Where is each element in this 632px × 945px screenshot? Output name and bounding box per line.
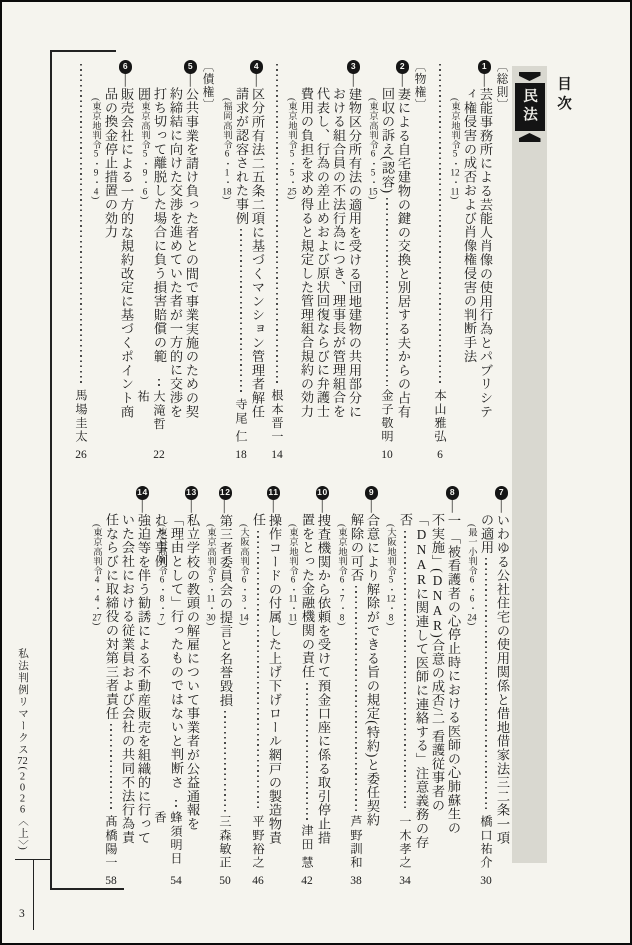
entry-author: 金子敬明 bbox=[379, 389, 395, 443]
entry-title-col: 10―捜査機関から依頼を受けて預金口座に係る取引停止措 bbox=[315, 486, 331, 886]
toc-entry-8: 8―一 「被看護者の心停止時における医師の心肺蘇生の不実施」(DNAR)合意の成… bbox=[384, 486, 461, 886]
top-corner-line bbox=[50, 50, 116, 52]
entry-number-badge: 8 bbox=[446, 486, 460, 500]
law-section-label: 民法 bbox=[518, 72, 542, 142]
entry-author: 橋口祐介 bbox=[478, 815, 494, 869]
pagenum-mark-vertical bbox=[33, 859, 34, 930]
entry-title-line: の適用 bbox=[478, 513, 494, 554]
entry-number-badge: 13 bbox=[185, 486, 199, 500]
dotted-leader bbox=[158, 379, 160, 387]
entry-title-line: 請求が認容された事例 bbox=[233, 87, 249, 225]
toc-page: 目次 民法 〔総則〕1―芸能事務所による芸能人肖像の使用行為とパブリシティ権侵害… bbox=[0, 0, 632, 945]
entry-title-col: 5―公共事業を請け負った者との間で事業実施のための契 bbox=[183, 60, 199, 460]
entry-title-col: 14―強迫等を伴う勧誘による不動産販売を組織的に行って bbox=[135, 486, 151, 886]
dotted-leader bbox=[110, 724, 112, 812]
entry-title-line: ―第三者委員会の提言と名誉毀損 bbox=[217, 500, 233, 707]
entry-number-badge: 4 bbox=[250, 60, 264, 74]
entry-title-col: 「DNARに関連して医師に連絡する」注意義務の存 bbox=[413, 486, 429, 886]
entry-author: 髙橋陽一 bbox=[103, 815, 119, 869]
entry-title-col: 任平野裕之46 bbox=[250, 486, 266, 886]
entry-title-col: 2―妻による自宅建物の鍵の交換と別居する夫からの占有 bbox=[395, 60, 411, 460]
toc-entry-9: 9―合意により解除ができる旨の規定(特約)と委任契約解除の可否芦野訓和38(東京… bbox=[335, 486, 380, 886]
dotted-leader bbox=[439, 64, 441, 386]
entry-number-badge: 10 bbox=[316, 486, 330, 500]
toc-entry-10: 10―捜査機関から依頼を受けて預金口座に係る取引停止措置をとった金融機関の責任津… bbox=[286, 486, 331, 886]
entry-page: 10 bbox=[379, 449, 395, 461]
entry-title-line: 置をとった金融機関の責任 bbox=[299, 513, 315, 679]
dotted-leader bbox=[404, 531, 406, 812]
entry-author: 本山雅弘 bbox=[432, 389, 448, 443]
entry-citation: (東京地判令5・12・11) bbox=[448, 60, 461, 460]
toc-entry-2: 〔物権〕2―妻による自宅建物の鍵の交換と別居する夫からの占有回収の訴え(認容)金… bbox=[366, 60, 428, 460]
entry-author: 津田 慧 bbox=[299, 824, 315, 869]
entry-title-col: 12―第三者委員会の提言と名誉毀損三森敏正50 bbox=[217, 486, 233, 886]
dotted-leader bbox=[80, 64, 82, 386]
entry-title-line: 打ち切って離脱した場合に負う損害賠償の範囲 bbox=[151, 87, 167, 375]
entry-title-col: 置をとった金融機関の責任津田 慧42 bbox=[299, 486, 315, 886]
left-border-line bbox=[50, 50, 52, 889]
entry-title-col: 否一木孝之34 bbox=[397, 486, 413, 886]
entry-number-badge: 14 bbox=[136, 486, 150, 500]
entry-page: 30 bbox=[478, 875, 494, 887]
entry-title-col: 不実施」(DNAR)合意の成否/二 看護従事者の bbox=[429, 486, 445, 886]
entry-citation: (東京高判令6・5・15) bbox=[366, 60, 379, 460]
entry-title-col: 13―私立学校の教頭の解雇について事業者が公益通報を bbox=[184, 486, 200, 886]
entry-author: 一木孝之 bbox=[397, 815, 413, 869]
entry-author: 大滝哲祐 bbox=[151, 390, 167, 444]
bottom-end-line bbox=[50, 888, 124, 890]
entry-author: 平野裕之 bbox=[250, 815, 266, 869]
entry-citation: (東京地判令5・5・25) bbox=[285, 60, 298, 460]
dotted-leader bbox=[276, 64, 278, 386]
entry-title-line: 「理由として」行ったものではないと判断された事例 bbox=[168, 513, 184, 796]
entry-title-col: 4―区分所有法二五条二項に基づくマンション管理者解任 bbox=[249, 60, 265, 460]
entry-title-col: 請求が認容された事例寺尾 仁18 bbox=[233, 60, 249, 460]
entry-page: 54 bbox=[168, 875, 184, 887]
entry-title-line: 解除の可否 bbox=[348, 513, 364, 582]
entry-citation: (東京地判令6・11・11) bbox=[286, 486, 299, 886]
entry-number-badge: 11 bbox=[267, 486, 281, 500]
entry-title-line: 回収の訴え(認容) bbox=[379, 87, 395, 194]
entry-page: 14 bbox=[269, 449, 285, 461]
toc-entry-4: 4―区分所有法二五条二項に基づくマンション管理者解任請求が認容された事例寺尾 仁… bbox=[220, 60, 265, 460]
entry-page: 42 bbox=[299, 875, 315, 887]
entry-title-col: 1―芸能事務所による芸能人肖像の使用行為とパブリシテ bbox=[477, 60, 493, 460]
entry-author: 蜂須明日香 bbox=[168, 811, 184, 869]
toc-entry-6: 6―販売会社による一方的な規約改定に基づくポイント商品の換金停止措置の効力(東京… bbox=[73, 60, 134, 460]
toc-entry-14: 14―強迫等を伴う勧誘による不動産販売を組織的に行っていた会社における従業員およ… bbox=[90, 486, 151, 886]
toc-entry-11: 11―操作コードの付属した上げ下げロール網戸の製造物責任平野裕之46(大阪高判令… bbox=[237, 486, 282, 886]
entry-author-col: 馬場圭太26 bbox=[73, 60, 89, 460]
entry-page: 6 bbox=[432, 449, 448, 461]
toc-entry-1: 〔総則〕1―芸能事務所による芸能人肖像の使用行為とパブリシティ権侵害の成否および… bbox=[432, 60, 510, 460]
dotted-leader bbox=[306, 683, 308, 822]
entry-number-badge: 1 bbox=[478, 60, 492, 74]
section-header: 〔総則〕 bbox=[493, 60, 510, 460]
entry-author: 馬場圭太 bbox=[73, 389, 89, 443]
entry-title-col: 任ならびに取締役の対第三者責任髙橋陽一58 bbox=[103, 486, 119, 886]
entry-title-col: の適用橋口祐介30 bbox=[478, 486, 494, 886]
entry-title-col: 約締結に向けた交渉を進めていた者が一方的に交渉を bbox=[167, 60, 183, 460]
entry-title-col: 8―一 「被看護者の心停止時における医師の心肺蘇生の bbox=[445, 486, 461, 886]
entry-title-col: おける組合員の不法行為につき、理事長が管理組合を bbox=[330, 60, 346, 460]
law-section-text: 民法 bbox=[515, 83, 545, 131]
entry-title-col: ィ権侵害の成否および肖像権侵害の判断手法 bbox=[461, 60, 477, 460]
entry-title-col: 7―いわゆる公社住宅の使用関係と借地借家法三二条一項 bbox=[494, 486, 510, 886]
entry-author: 根本晋一 bbox=[269, 389, 285, 443]
toc-entry-3: 3―建物区分所有法の適用を受ける団地建物の共用部分における組合員の不法行為につき… bbox=[269, 60, 362, 460]
entry-citation: (大阪地判令5・12・8) bbox=[384, 486, 397, 886]
toc-tier-top: 〔総則〕1―芸能事務所による芸能人肖像の使用行為とパブリシティ権侵害の成否および… bbox=[48, 60, 510, 460]
section-header: 〔物権〕 bbox=[411, 60, 428, 460]
entry-citation: (東京地判令6・7・8) bbox=[335, 486, 348, 886]
entry-citation: (東京高判令5・11・30) bbox=[204, 486, 217, 886]
entry-title-col: 打ち切って離脱した場合に負う損害賠償の範囲大滝哲祐22 bbox=[151, 60, 167, 460]
dotted-leader bbox=[224, 711, 226, 813]
entry-title-col: 回収の訴え(認容)金子敬明10 bbox=[379, 60, 395, 460]
entry-title-col: 11―操作コードの付属した上げ下げロール網戸の製造物責 bbox=[266, 486, 282, 886]
dotted-leader bbox=[485, 558, 487, 812]
entry-number-badge: 12 bbox=[219, 486, 233, 500]
entry-title-col: 費用の負担を求め得ると規定した管理組合規約の効力 bbox=[298, 60, 314, 460]
entry-citation: (東京高判令4・4・27) bbox=[90, 486, 103, 886]
entry-citation: (大阪高判令6・3・14) bbox=[237, 486, 250, 886]
entry-page: 46 bbox=[250, 875, 266, 887]
entry-title-col: いた会社における従業員および会社の共同不法行為責 bbox=[119, 486, 135, 886]
bracket-top-icon bbox=[519, 72, 541, 81]
entry-title-col: 解除の可否芦野訓和38 bbox=[348, 486, 364, 886]
journal-title-sidebar: 私法判例リマークス72(2026〈上〉) bbox=[15, 648, 30, 851]
entry-number-badge: 7 bbox=[495, 486, 509, 500]
entry-author-col: 根本晋一14 bbox=[269, 60, 285, 460]
entry-citation: (東京地判令5・9・4) bbox=[89, 60, 102, 460]
toc-entry-5: 〔債権〕5―公共事業を請け負った者との間で事業実施のための契約締結に向けた交渉を… bbox=[138, 60, 216, 460]
entry-title-line: 任ならびに取締役の対第三者責任 bbox=[103, 513, 119, 720]
page-number: 3 bbox=[19, 908, 25, 920]
dotted-leader bbox=[386, 198, 388, 387]
entry-number-badge: 6 bbox=[119, 60, 133, 74]
bracket-bottom-icon bbox=[519, 133, 541, 142]
entry-citation: (東京高判令6・8・7) bbox=[155, 486, 168, 886]
entry-title-col: 3―建物区分所有法の適用を受ける団地建物の共用部分に bbox=[346, 60, 362, 460]
dotted-leader bbox=[355, 586, 357, 812]
entry-page: 58 bbox=[103, 875, 119, 887]
entry-citation: (福岡高判令6・1・18) bbox=[220, 60, 233, 460]
entry-page: 22 bbox=[151, 449, 167, 461]
toc-tier-bottom: 7―いわゆる公社住宅の使用関係と借地借家法三二条一項の適用橋口祐介30(最一小判… bbox=[48, 486, 510, 886]
entry-page: 38 bbox=[348, 875, 364, 887]
dotted-leader bbox=[257, 531, 259, 812]
dotted-leader bbox=[175, 800, 177, 808]
entry-number-badge: 3 bbox=[347, 60, 361, 74]
entry-title-col: 「理由として」行ったものではないと判断された事例蜂須明日香54 bbox=[168, 486, 184, 886]
entry-title-line: 任 bbox=[250, 513, 266, 527]
entry-author: 寺尾 仁 bbox=[233, 398, 249, 443]
entry-title-line: 否 bbox=[397, 513, 413, 527]
page-title: 目次 bbox=[553, 76, 574, 115]
dotted-leader bbox=[240, 229, 242, 395]
entry-title-col: 9―合意により解除ができる旨の規定(特約)と委任契約 bbox=[364, 486, 380, 886]
toc-content: 〔総則〕1―芸能事務所による芸能人肖像の使用行為とパブリシティ権侵害の成否および… bbox=[48, 60, 510, 886]
law-section-bar: 民法 bbox=[512, 66, 547, 863]
toc-entry-13: 13―私立学校の教頭の解雇について事業者が公益通報を「理由として」行ったものでは… bbox=[155, 486, 200, 886]
entry-author-col: 本山雅弘6 bbox=[432, 60, 448, 460]
entry-page: 26 bbox=[73, 449, 89, 461]
entry-author: 三森敏正 bbox=[217, 815, 233, 869]
entry-page: 50 bbox=[217, 875, 233, 887]
entry-number-badge: 2 bbox=[396, 60, 410, 74]
entry-title-col: 6―販売会社による一方的な規約改定に基づくポイント商 bbox=[118, 60, 134, 460]
toc-entry-7: 7―いわゆる公社住宅の使用関係と借地借家法三二条一項の適用橋口祐介30(最一小判… bbox=[465, 486, 510, 886]
toc-entry-12: 12―第三者委員会の提言と名誉毀損三森敏正50(東京高判令5・11・30) bbox=[204, 486, 233, 886]
entry-title-col: 代表し、行為の差止めおよび原状回復ならびに弁護士 bbox=[314, 60, 330, 460]
section-header: 〔債権〕 bbox=[199, 60, 216, 460]
entry-number-badge: 5 bbox=[184, 60, 198, 74]
entry-number-badge: 9 bbox=[365, 486, 379, 500]
entry-title-col: 品の換金停止措置の効力 bbox=[102, 60, 118, 460]
entry-page: 34 bbox=[397, 875, 413, 887]
entry-author: 芦野訓和 bbox=[348, 815, 364, 869]
entry-page: 18 bbox=[233, 449, 249, 461]
entry-citation: (最一小判令6・6・24) bbox=[465, 486, 478, 886]
